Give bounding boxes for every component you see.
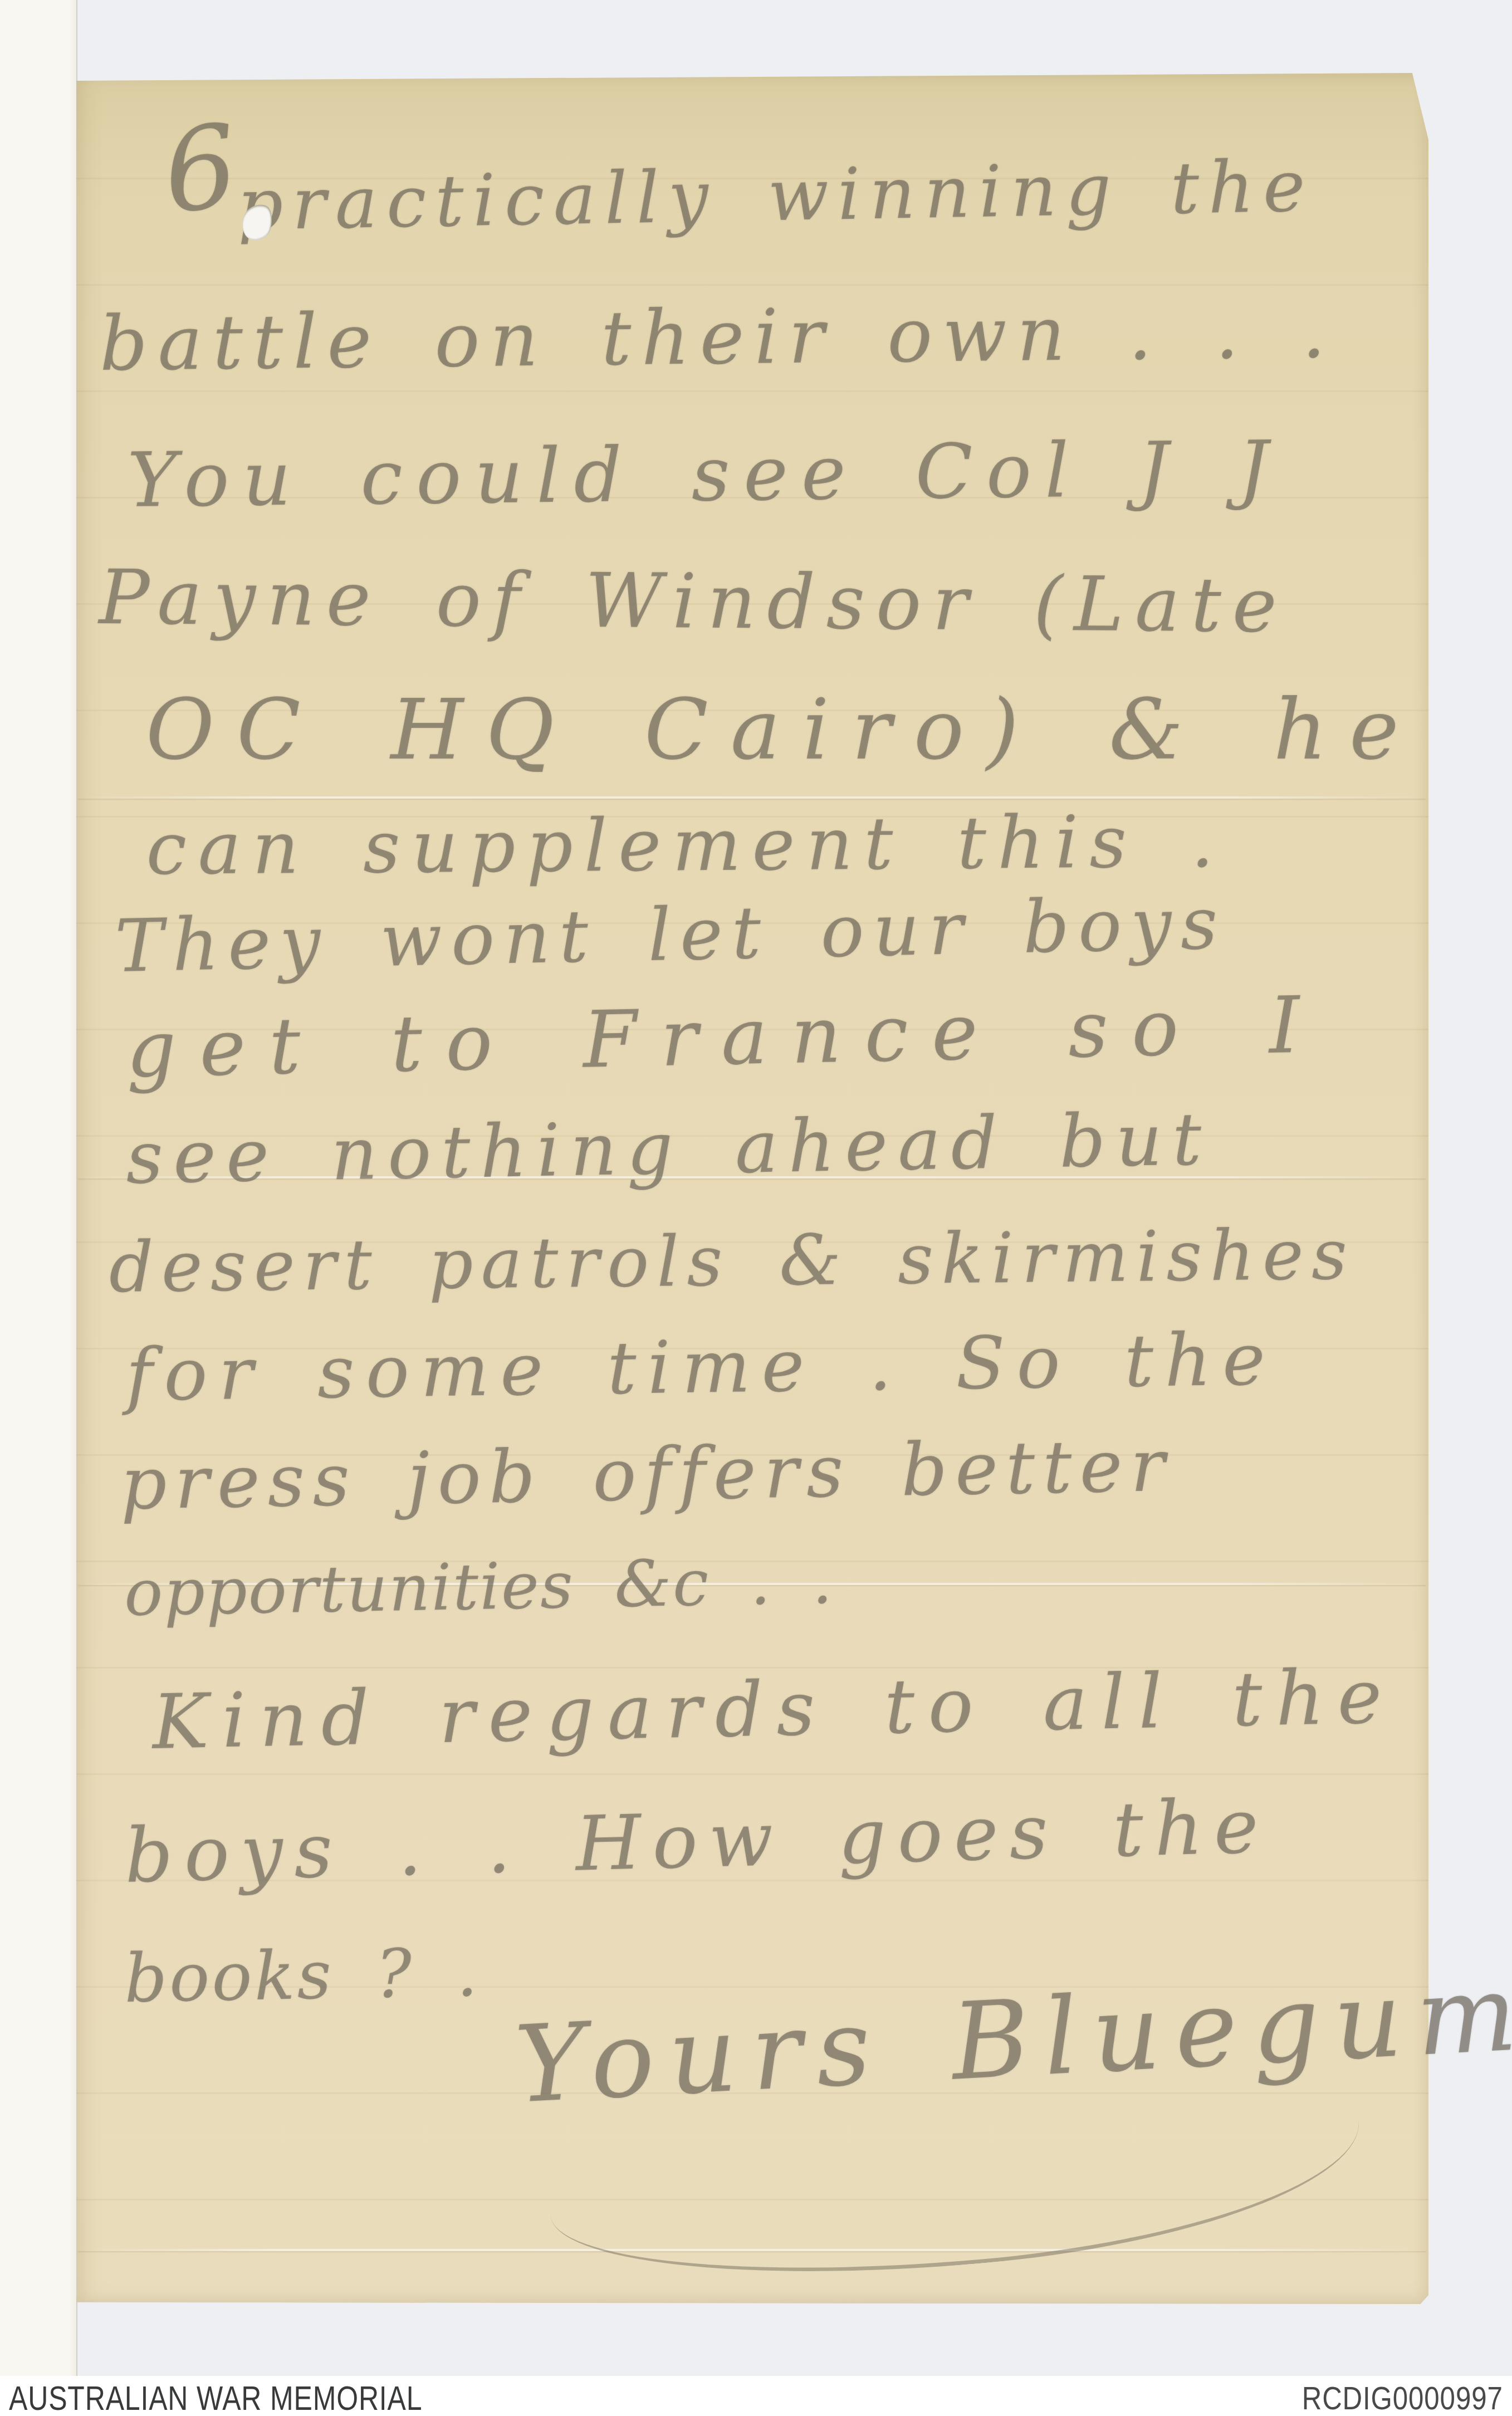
signature-handwritten: Yours Bluegum	[512, 1952, 1512, 2126]
handwriting-line: Kind regards to all the	[151, 1653, 1396, 1765]
handwriting-line: desert patrols & skirmishes	[109, 1215, 1356, 1308]
handwriting-line: opportunities &c . .	[124, 1544, 834, 1630]
handwriting-line: for some time . So the	[125, 1318, 1277, 1417]
handwriting-line: battle on their own . . .	[99, 288, 1336, 387]
handwriting-line: Payne of Windsor (Late	[99, 554, 1288, 649]
handwriting-line: press job offers better	[120, 1424, 1173, 1525]
letter-body: 6practically winning thebattle on their …	[0, 0, 1512, 2416]
handwriting-line: can supplement this .	[146, 800, 1225, 891]
handwriting-line: practically winning the	[237, 145, 1315, 246]
scanned-letter-page: 6practically winning thebattle on their …	[0, 0, 1512, 2416]
footer-bar: AUSTRALIAN WAR MEMORIAL RCDIG0000997	[0, 2376, 1512, 2416]
awm-brand-text: AUSTRALIAN WAR MEMORIAL	[9, 2379, 422, 2416]
handwriting-line: OC HQ Cairo) & he	[146, 682, 1421, 779]
handwriting-line: books ? .	[124, 1935, 481, 2018]
page-number-handwritten: 6	[158, 101, 243, 239]
handwriting-line: They wont let our boys	[114, 882, 1227, 988]
handwriting-line: You could see Col J J	[127, 425, 1282, 524]
handwriting-line: see nothing ahead but	[125, 1098, 1212, 1200]
reference-id-text: RCDIG0000997	[1302, 2380, 1503, 2416]
handwriting-line: boys . . How goes the	[124, 1783, 1271, 1899]
handwriting-line: get to France so I	[125, 980, 1324, 1095]
